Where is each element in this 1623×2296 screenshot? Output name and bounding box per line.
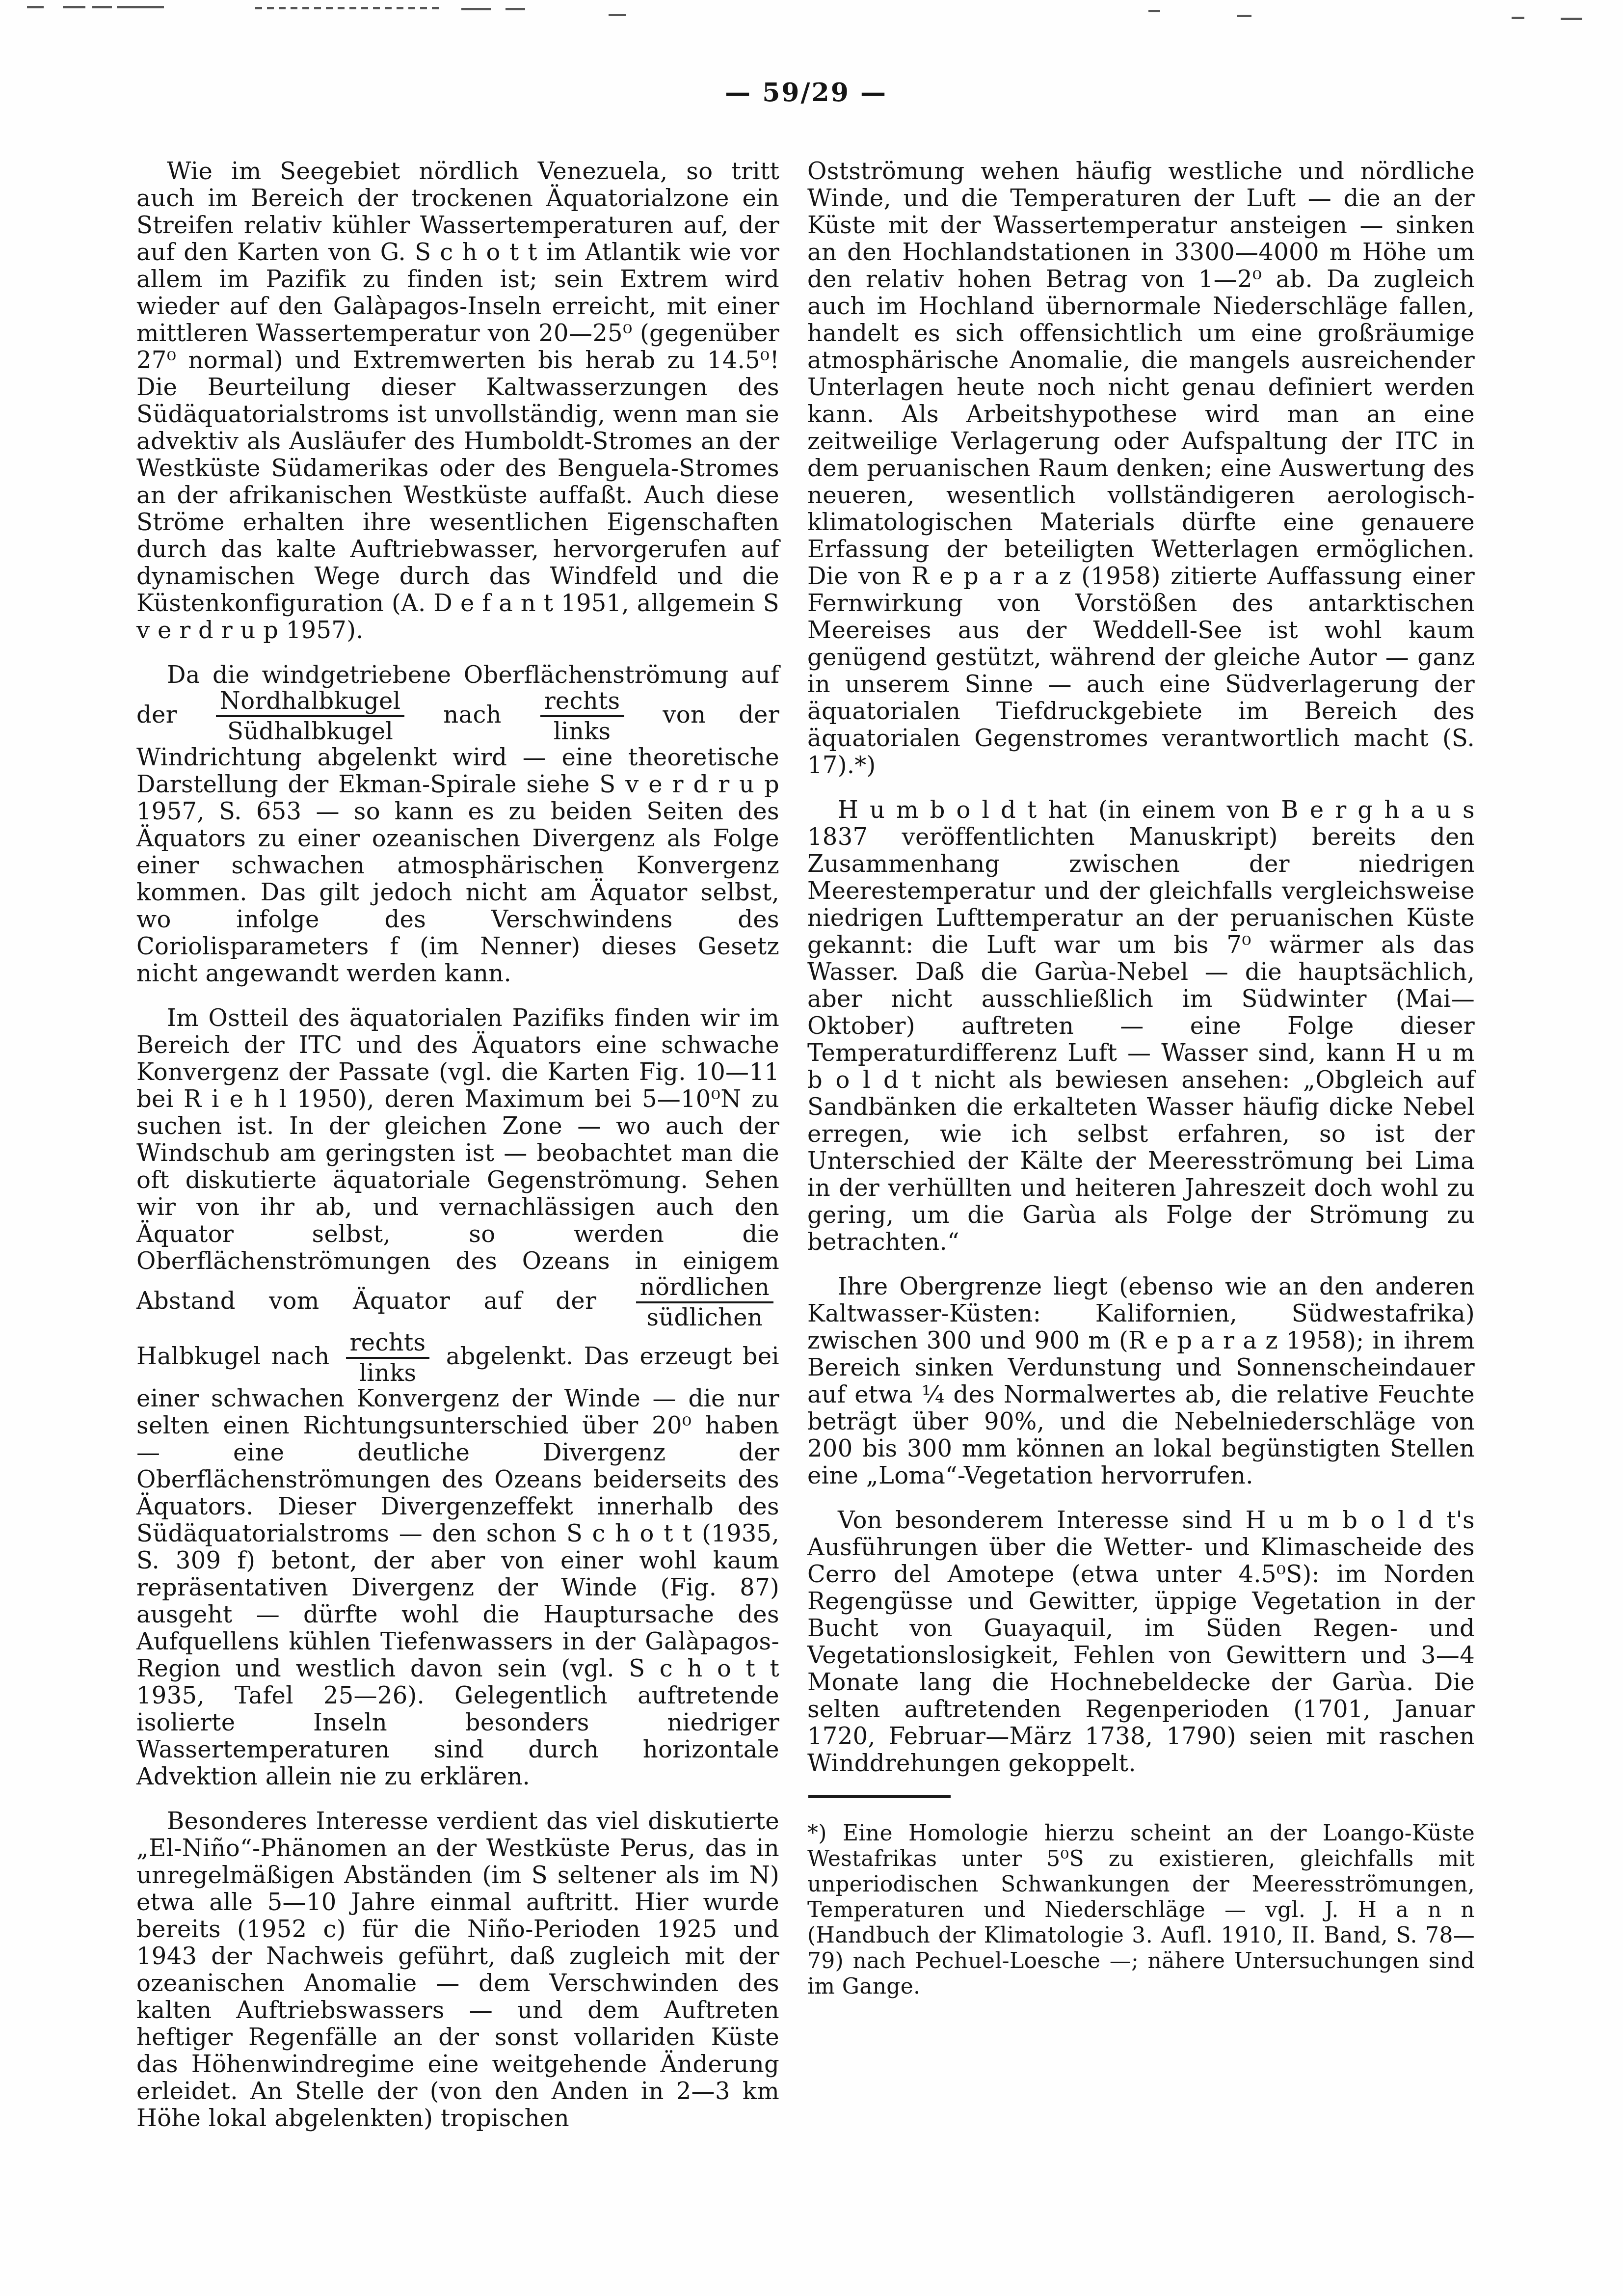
scan-artifact (255, 7, 442, 9)
footnote-separator-rule (808, 1795, 951, 1798)
fraction-denominator: links (346, 1359, 430, 1385)
paragraph-text: Ostströmung wehen häufig westliche und n… (807, 158, 1475, 779)
fraction-denominator: Südhalbkugel (216, 717, 405, 744)
paragraph: H u m b o l d t hat (in einem von B e r … (807, 797, 1475, 1256)
paragraph-continuation: Ostströmung wehen häufig westliche und n… (807, 158, 1475, 779)
scan-artifact (1237, 15, 1251, 17)
stacked-fraction: rechtslinks (346, 1330, 430, 1386)
footnote-text: *) Eine Homologie hierzu scheint an der … (807, 1821, 1475, 1999)
paragraph: Da die windgetriebene Oberflächenströmun… (136, 662, 779, 987)
paragraph-text: abgelenkt. Das erzeugt bei einer schwach… (136, 1342, 779, 1790)
scan-artifact (92, 6, 112, 8)
scanned-paper-page: — 59/29 — Wie im Seegebiet nördlich Vene… (0, 0, 1623, 2296)
column-right: Ostströmung wehen häufig westliche und n… (807, 158, 1475, 1999)
stacked-fraction: rechtslinks (540, 689, 624, 744)
scan-artifact (63, 6, 85, 8)
scan-artifact (506, 8, 525, 10)
paragraph-text: Besonderes Interesse verdient das viel d… (136, 1808, 779, 2132)
page-number: — 59/29 — (137, 78, 1475, 108)
column-left: Wie im Seegebiet nördlich Venezuela, so … (136, 158, 779, 2132)
stacked-fraction: NordhalbkugelSüdhalbkugel (216, 689, 405, 744)
scan-artifact (117, 6, 164, 8)
scan-artifact (1512, 17, 1524, 19)
paragraph: Im Ostteil des äquatorialen Pazifiks fin… (136, 1005, 779, 1791)
fraction-numerator: Nordhalbkugel (216, 689, 405, 717)
paragraph-text: Ihre Obergrenze liegt (ebenso wie an den… (807, 1273, 1475, 1489)
paragraph: Ihre Obergrenze liegt (ebenso wie an den… (807, 1273, 1475, 1489)
scan-artifact (609, 14, 626, 16)
paragraph-text: von der Windrichtung abgelenkt wird — ei… (136, 701, 779, 987)
scan-artifact (461, 8, 491, 10)
fraction-denominator: südlichen (636, 1303, 773, 1330)
scan-artifact (1148, 10, 1160, 12)
fraction-numerator: rechts (540, 689, 624, 717)
paragraph: Besonderes Interesse verdient das viel d… (136, 1808, 779, 2132)
fraction-denominator: links (540, 717, 624, 744)
stacked-fraction: nördlichensüdlichen (636, 1275, 773, 1330)
paragraph: Wie im Seegebiet nördlich Venezuela, so … (136, 158, 779, 644)
fraction-numerator: rechts (346, 1330, 430, 1359)
paragraph-text: Halbkugel nach (136, 1342, 329, 1370)
scan-artifact (27, 6, 44, 8)
scan-artifact (1561, 18, 1582, 20)
fraction-numerator: nördlichen (636, 1275, 773, 1303)
paragraph: Von besonderem Interesse sind H u m b o … (807, 1507, 1475, 1777)
paragraph-text: Im Ostteil des äquatorialen Pazifiks fin… (136, 1004, 779, 1315)
paragraph-text: H u m b o l d t hat (in einem von B e r … (807, 796, 1475, 1256)
footnote: *) Eine Homologie hierzu scheint an der … (807, 1821, 1475, 1999)
paragraph-text: nach (443, 701, 502, 729)
paragraph-text: Wie im Seegebiet nördlich Venezuela, so … (136, 158, 779, 644)
paragraph-text: Von besonderem Interesse sind H u m b o … (807, 1507, 1475, 1777)
